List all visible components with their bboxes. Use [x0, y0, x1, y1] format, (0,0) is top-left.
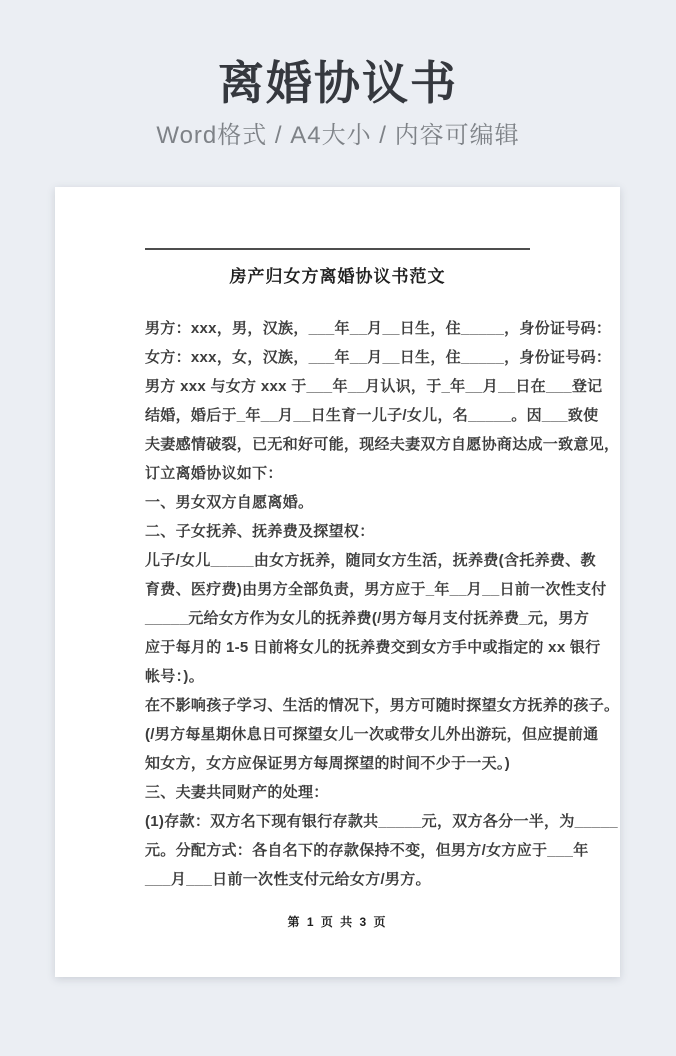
document-line: ___月___日前一次性支付元给女方/男方。 — [145, 865, 530, 894]
document-line: 女方：xxx，女，汉族，___年__月__日生，住_____，身份证号码： — [145, 343, 530, 372]
document-line: 结婚，婚后于_年__月__日生育一儿子/女儿，名_____。因___致使 — [145, 401, 530, 430]
document-line: (1)存款：双方名下现有银行存款共_____元，双方各分一半，为_____ — [145, 807, 530, 836]
document-body: 男方：xxx，男，汉族，___年__月__日生，住_____，身份证号码： 女方… — [145, 314, 530, 894]
document-line: 知女方，女方应保证男方每周探望的时间不少于一天。) — [145, 749, 530, 778]
document-title: 房产归女方离婚协议书范文 — [145, 264, 530, 290]
template-header: 离婚协议书 Word格式 / A4大小 / 内容可编辑 — [0, 0, 676, 151]
document-line: 二、子女抚养、抚养费及探望权： — [145, 517, 530, 546]
document-line: 在不影响孩子学习、生活的情况下，男方可随时探望女方抚养的孩子。 — [145, 691, 530, 720]
document-line: (/男方每星期休息日可探望女儿一次或带女儿外出游玩，但应提前通 — [145, 720, 530, 749]
document-line: 一、男女双方自愿离婚。 — [145, 488, 530, 517]
document-line: 帐号：)。 — [145, 662, 530, 691]
template-title: 离婚协议书 — [0, 57, 676, 109]
page-number: 第 1 页 共 3 页 — [55, 913, 620, 930]
template-preview-background: 离婚协议书 Word格式 / A4大小 / 内容可编辑 房产归女方离婚协议书范文… — [0, 0, 676, 1056]
document-line: _____元给女方作为女儿的抚养费(/男方每月支付抚养费_元，男方 — [145, 604, 530, 633]
a4-document-page: 房产归女方离婚协议书范文 男方：xxx，男，汉族，___年__月__日生，住__… — [55, 187, 620, 977]
document-line: 男方 xxx 与女方 xxx 于___年__月认识，于_年__月__日在___登… — [145, 372, 530, 401]
template-subtitle: Word格式 / A4大小 / 内容可编辑 — [0, 121, 676, 151]
document-line: 育费、医疗费)由男方全部负责，男方应于_年__月__日前一次性支付 — [145, 575, 530, 604]
document-line: 应于每月的 1-5 日前将女儿的抚养费交到女方手中或指定的 xx 银行 — [145, 633, 530, 662]
document-line: 订立离婚协议如下： — [145, 459, 530, 488]
title-divider-line — [145, 248, 530, 250]
document-line: 男方：xxx，男，汉族，___年__月__日生，住_____，身份证号码： — [145, 314, 530, 343]
document-line: 元。分配方式：各自名下的存款保持不变，但男方/女方应于___年 — [145, 836, 530, 865]
document-line: 夫妻感情破裂，已无和好可能，现经夫妻双方自愿协商达成一致意见， — [145, 430, 530, 459]
document-line: 儿子/女儿_____由女方抚养，随同女方生活，抚养费(含托养费、教 — [145, 546, 530, 575]
document-line: 三、夫妻共同财产的处理： — [145, 778, 530, 807]
